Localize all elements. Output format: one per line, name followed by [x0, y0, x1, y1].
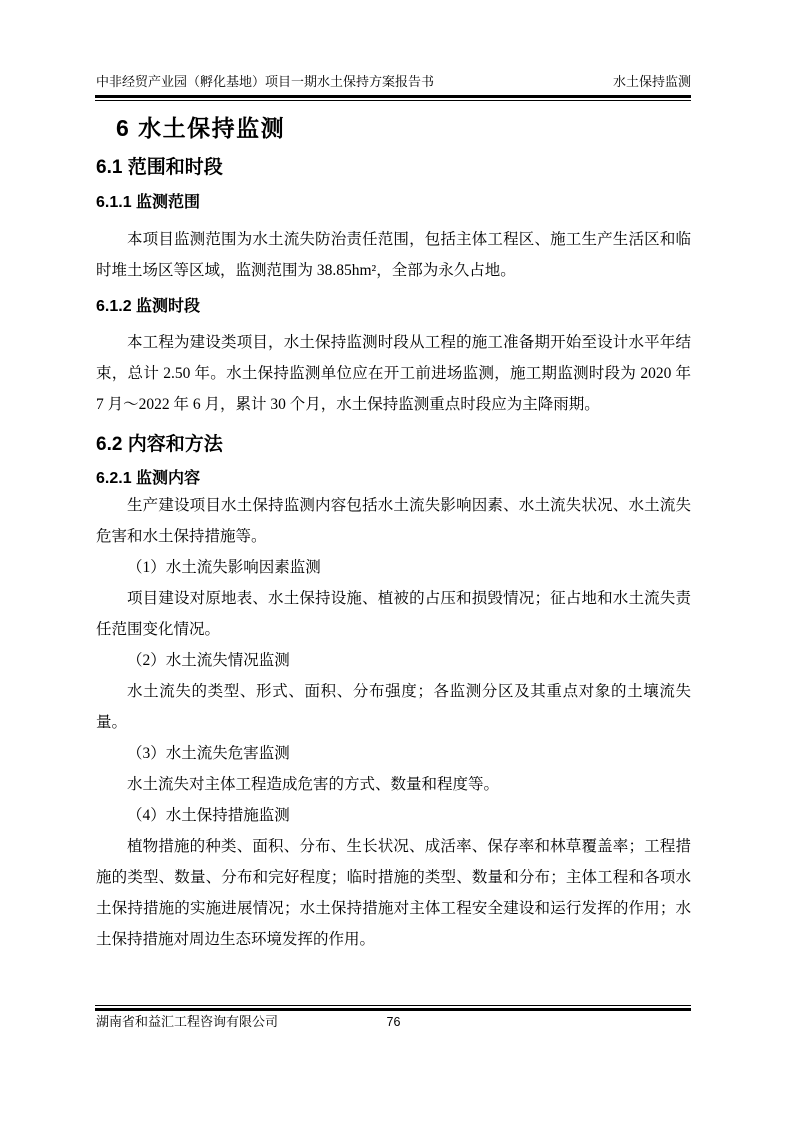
item-label-2: （2）水土流失情况监测	[96, 645, 691, 676]
document-page: 中非经贸产业园（孵化基地）项目一期水土保持方案报告书 水土保持监测 6 水土保持…	[0, 0, 793, 1122]
item-label-1: （1）水土流失影响因素监测	[96, 552, 691, 583]
footer-rule	[95, 1005, 691, 1011]
paragraph-monitoring-scope: 本项目监测范围为水土流失防治责任范围，包括主体工程区、施工生产生活区和临时堆土场…	[96, 224, 691, 286]
section-heading-6-2: 6.2 内容和方法	[96, 433, 691, 457]
paragraph-monitoring-period: 本工程为建设类项目，水土保持监测时段从工程的施工准备期开始至设计水平年结束，总计…	[96, 327, 691, 420]
chapter-heading: 6 水土保持监测	[116, 115, 691, 141]
item-label-4: （4）水土保持措施监测	[96, 800, 691, 831]
subsection-heading-6-2-1: 6.2.1 监测内容	[96, 468, 691, 490]
subsection-heading-6-1-2: 6.1.2 监测时段	[96, 296, 691, 318]
item-body-4: 植物措施的种类、面积、分布、生长状况、成活率、保存率和林草覆盖率；工程措施的类型…	[96, 831, 691, 955]
document-body: 6 水土保持监测 6.1 范围和时段 6.1.1 监测范围 本项目监测范围为水土…	[96, 0, 691, 955]
page-number: 76	[96, 1014, 691, 1031]
subsection-heading-6-1-1: 6.1.1 监测范围	[96, 192, 691, 214]
item-body-1: 项目建设对原地表、水土保持设施、植被的占压和损毁情况；征占地和水土流失责任范围变…	[96, 583, 691, 645]
section-heading-6-1: 6.1 范围和时段	[96, 156, 691, 180]
item-label-3: （3）水土流失危害监测	[96, 738, 691, 769]
item-body-3: 水土流失对主体工程造成危害的方式、数量和程度等。	[96, 769, 691, 800]
paragraph-monitoring-content-intro: 生产建设项目水土保持监测内容包括水土流失影响因素、水土流失状况、水土流失危害和水…	[96, 490, 691, 552]
item-body-2: 水土流失的类型、形式、面积、分布强度；各监测分区及其重点对象的土壤流失量。	[96, 676, 691, 738]
